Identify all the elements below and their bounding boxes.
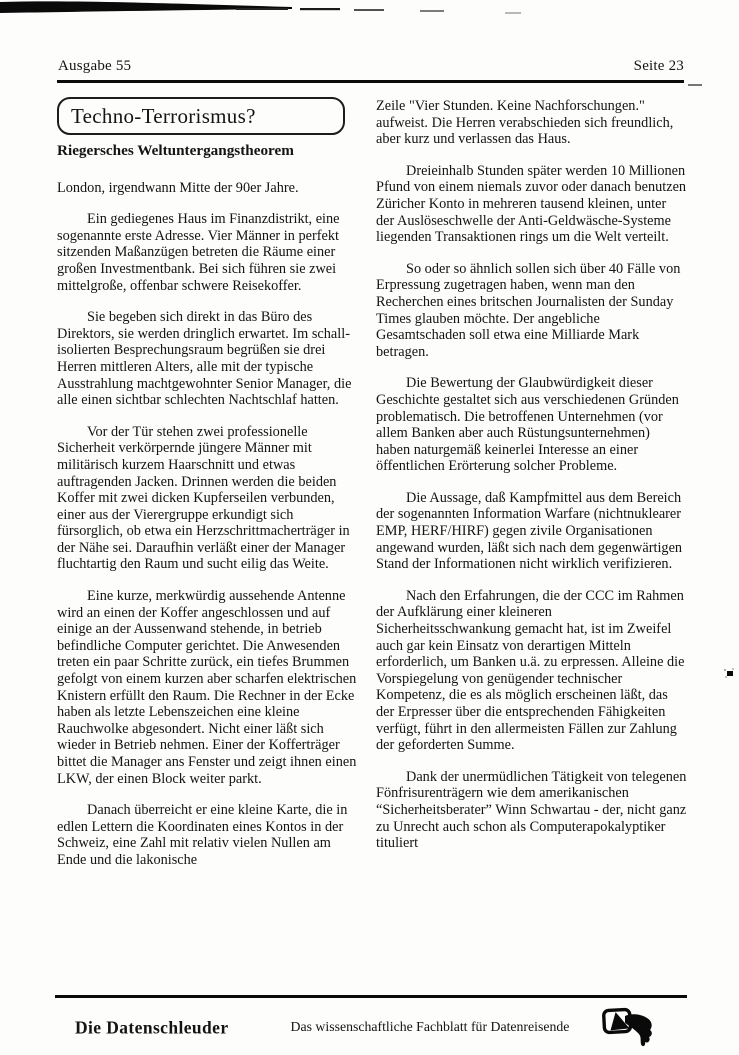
header-rule-artifact — [688, 84, 702, 86]
article-title-box: Techno-Terrorismus? — [57, 97, 345, 135]
paragraph: Die Bewertung der Glaubwürdigkeit dieser… — [376, 375, 687, 475]
page-number-label: Seite 23 — [634, 58, 684, 75]
paragraph: Sie begeben sich direkt in das Büro des … — [57, 309, 363, 409]
scan-speck-icon — [722, 666, 736, 680]
paragraph: London, irgendwann Mitte der 90er Jahre. — [57, 180, 363, 197]
paragraph: So oder so ähnlich sollen sich über 40 F… — [376, 261, 687, 361]
paragraph: Eine kurze, merkwürdig aussehende Antenn… — [57, 588, 363, 787]
paragraph: Zeile "Vier Stunden. Keine Nachforschung… — [376, 98, 687, 148]
scanned-magazine-page: Ausgabe 55 Seite 23 Techno-Terrorismus? … — [0, 0, 739, 1055]
article-subtitle: Riegersches Weltuntergangstheorem — [57, 143, 363, 160]
issue-label: Ausgabe 55 — [58, 58, 131, 75]
magazine-tagline: Das wissenschaftliche Fachblatt für Date… — [291, 1019, 570, 1035]
paragraph: Dank der unermüdlichen Tätigkeit von tel… — [376, 769, 687, 852]
right-column: Zeile "Vier Stunden. Keine Nachforschung… — [376, 98, 687, 867]
footer-rule — [55, 995, 687, 998]
paragraph: Die Aussage, daß Kampfmittel aus dem Ber… — [376, 490, 687, 573]
paragraph: Vor der Tür stehen zwei professionelle S… — [57, 424, 363, 573]
page-footer: Die Datenschleuder Das wissenschaftliche… — [75, 1004, 687, 1050]
paragraph: Dreieinhalb Stunden später werden 10 Mil… — [376, 163, 687, 246]
paragraph: Nach den Erfahrungen, die der CCC im Rah… — [376, 588, 687, 754]
magazine-masthead: Die Datenschleuder — [75, 1016, 229, 1038]
scan-smudge-top-icon — [0, 0, 739, 18]
paragraph: Ein gediegenes Haus im Finanzdistrikt, e… — [57, 211, 363, 294]
page-header: Ausgabe 55 Seite 23 — [58, 58, 684, 75]
disk-hand-logo-icon — [601, 1004, 659, 1050]
header-rule — [57, 80, 684, 83]
left-column: Riegersches Weltuntergangstheorem London… — [57, 143, 363, 884]
article-title: Techno-Terrorismus? — [71, 104, 256, 129]
paragraph: Danach überreicht er eine kleine Karte, … — [57, 802, 363, 868]
